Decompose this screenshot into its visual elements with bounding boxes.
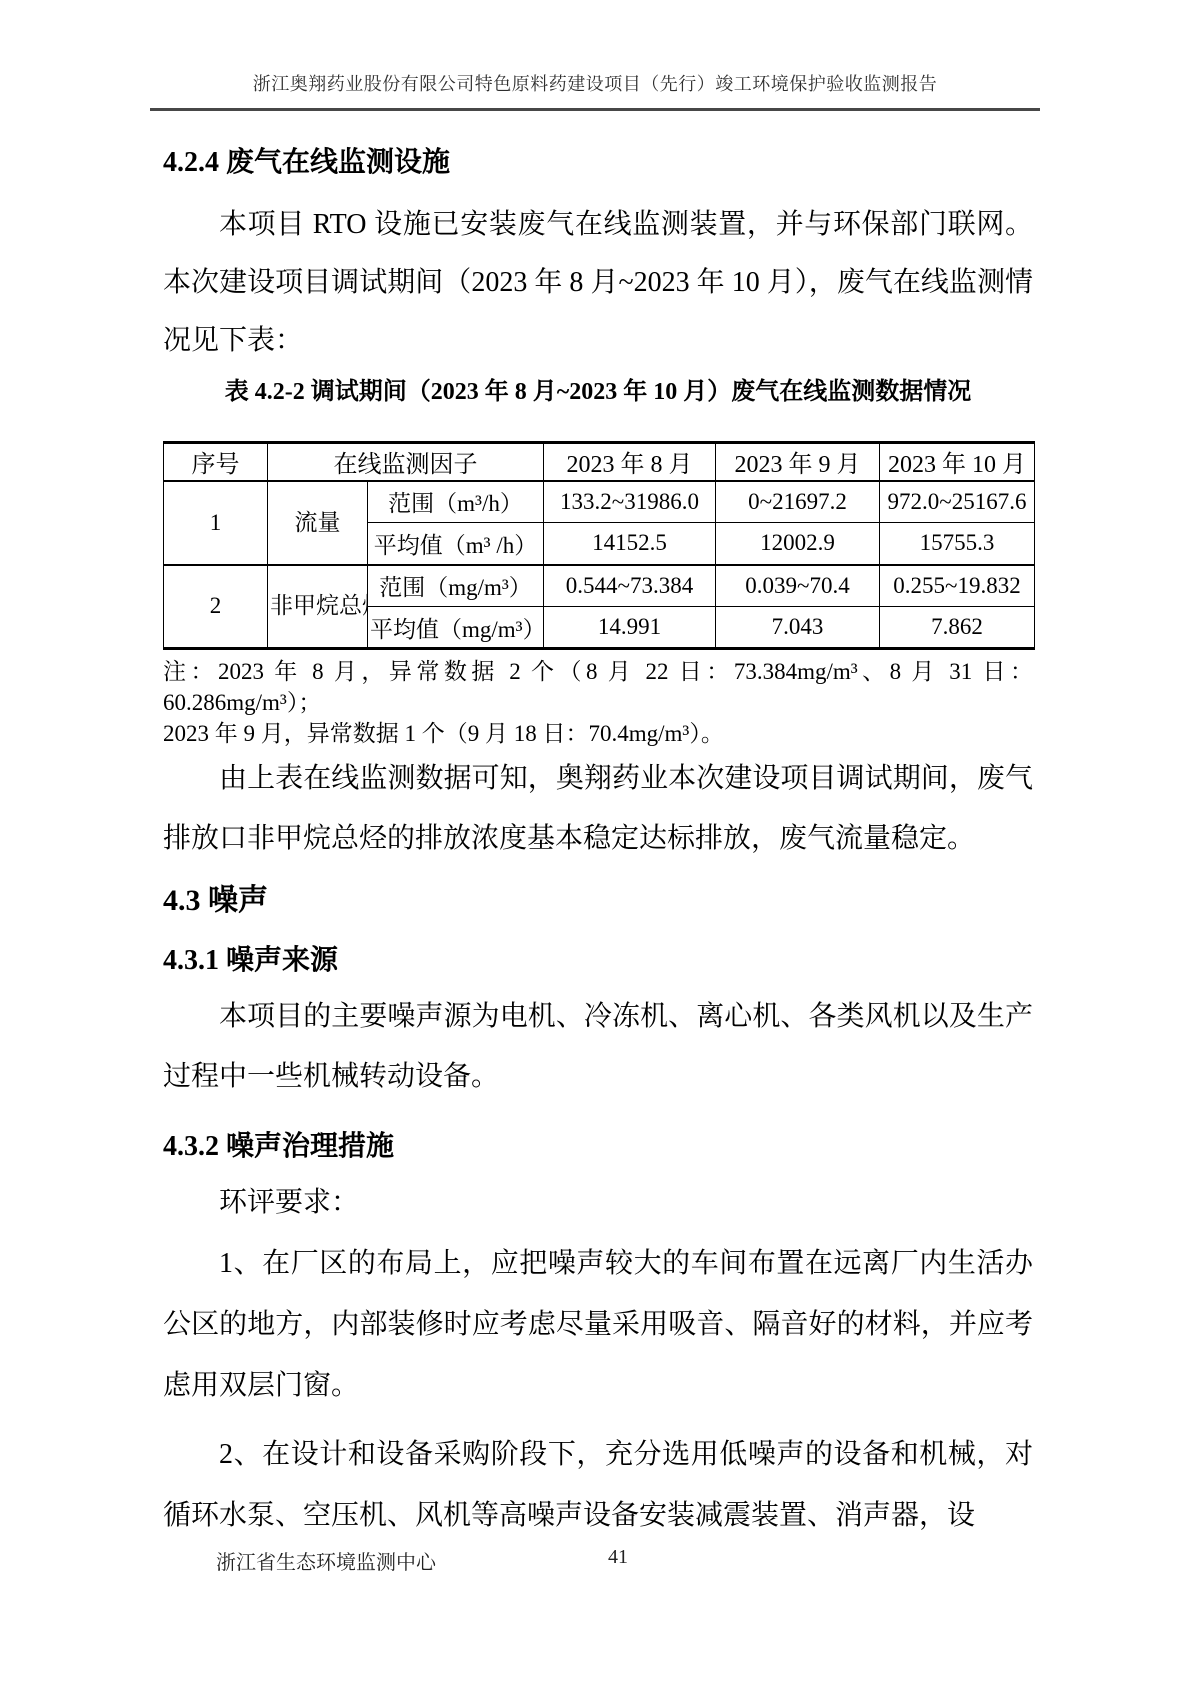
col-header-aug-2023: 2023 年 8 月 <box>544 443 716 481</box>
table-note-line-1: 注：2023 年 8 月，异常数据 2 个（8 月 22 日：73.384mg/… <box>163 656 1033 718</box>
cell-flow-range-aug: 133.2~31986.0 <box>544 481 716 523</box>
cell-nmhc-average-oct: 7.862 <box>880 607 1035 649</box>
paragraph-noise-measure-2: 2、在设计和设备采购阶段下，充分选用低噪声的设备和机械，对循环水泵、空压机、风机… <box>163 1424 1033 1546</box>
section-heading-4-3-2: 4.3.2 噪声治理措施 <box>163 1121 1033 1173</box>
cell-factor-nmhc: 非甲烷总烃 <box>268 565 368 649</box>
table-row-flow-range: 1 流量 范围（m³/h） 133.2~31986.0 0~21697.2 97… <box>164 481 1035 523</box>
cell-nmhc-range-oct: 0.255~19.832 <box>880 565 1035 607</box>
cell-metric-nmhc-average: 平均值（mg/m³） <box>368 607 544 649</box>
cell-metric-flow-average: 平均值（m³ /h） <box>368 523 544 565</box>
cell-flow-average-oct: 15755.3 <box>880 523 1035 565</box>
cell-flow-average-aug: 14152.5 <box>544 523 716 565</box>
footer-page-number: 41 <box>608 1546 628 1569</box>
cell-index-2: 2 <box>164 565 268 649</box>
cell-metric-nmhc-range: 范围（mg/m³） <box>368 565 544 607</box>
cell-metric-flow-range: 范围（m³/h） <box>368 481 544 523</box>
section-heading-4-3: 4.3 噪声 <box>163 875 1033 927</box>
paragraph-monitoring-conclusion: 由上表在线监测数据可知，奥翔药业本次建设项目调试期间，废气排放口非甲烷总烃的排放… <box>163 749 1033 869</box>
cell-flow-range-sep: 0~21697.2 <box>716 481 880 523</box>
table-header-row: 序号 在线监测因子 2023 年 8 月 2023 年 9 月 2023 年 1… <box>164 443 1035 481</box>
paragraph-eia-requirements-label: 环评要求： <box>163 1173 1033 1233</box>
table-row-nmhc-range: 2 非甲烷总烃 范围（mg/m³） 0.544~73.384 0.039~70.… <box>164 565 1035 607</box>
table-note-line-2: 2023 年 9 月，异常数据 1 个（9 月 18 日：70.4mg/m³）。 <box>163 718 1033 749</box>
table-caption: 表 4.2-2 调试期间（2023 年 8 月~2023 年 10 月）废气在线… <box>163 373 1033 411</box>
col-header-factor: 在线监测因子 <box>268 443 544 481</box>
page-content: 4.2.4 废气在线监测设施 本项目 RTO 设施已安装废气在线监测装置，并与环… <box>163 128 1033 1546</box>
col-header-sep-2023: 2023 年 9 月 <box>716 443 880 481</box>
cell-flow-range-oct: 972.0~25167.6 <box>880 481 1035 523</box>
cell-nmhc-range-aug: 0.544~73.384 <box>544 565 716 607</box>
col-header-index: 序号 <box>164 443 268 481</box>
col-header-oct-2023: 2023 年 10 月 <box>880 443 1035 481</box>
cell-index-1: 1 <box>164 481 268 565</box>
paragraph-noise-sources: 本项目的主要噪声源为电机、冷冻机、离心机、各类风机以及生产过程中一些机械转动设备… <box>163 987 1033 1107</box>
document-page: 浙江奥翔药业股份有限公司特色原料药建设项目（先行）竣工环境保护验收监测报告 4.… <box>0 0 1190 1683</box>
table-note: 注：2023 年 8 月，异常数据 2 个（8 月 22 日：73.384mg/… <box>163 656 1033 749</box>
section-heading-4-3-1: 4.3.1 噪声来源 <box>163 935 1033 987</box>
cell-nmhc-range-sep: 0.039~70.4 <box>716 565 880 607</box>
cell-nmhc-average-sep: 7.043 <box>716 607 880 649</box>
paragraph-online-monitoring-intro: 本项目 RTO 设施已安装废气在线监测装置，并与环保部门联网。本次建设项目调试期… <box>163 196 1033 370</box>
running-header: 浙江奥翔药业股份有限公司特色原料药建设项目（先行）竣工环境保护验收监测报告 <box>150 70 1040 111</box>
cell-flow-average-sep: 12002.9 <box>716 523 880 565</box>
cell-factor-flow: 流量 <box>268 481 368 565</box>
footer-organization: 浙江省生态环境监测中心 <box>216 1546 436 1575</box>
cell-nmhc-average-aug: 14.991 <box>544 607 716 649</box>
paragraph-noise-measure-1: 1、在厂区的布局上，应把噪声较大的车间布置在远离厂内生活办公区的地方，内部装修时… <box>163 1233 1033 1416</box>
section-heading-4-2-4: 4.2.4 废气在线监测设施 <box>163 135 1033 191</box>
running-header-title: 浙江奥翔药业股份有限公司特色原料药建设项目（先行）竣工环境保护验收监测报告 <box>253 74 938 94</box>
online-monitoring-table: 序号 在线监测因子 2023 年 8 月 2023 年 9 月 2023 年 1… <box>163 441 1035 650</box>
